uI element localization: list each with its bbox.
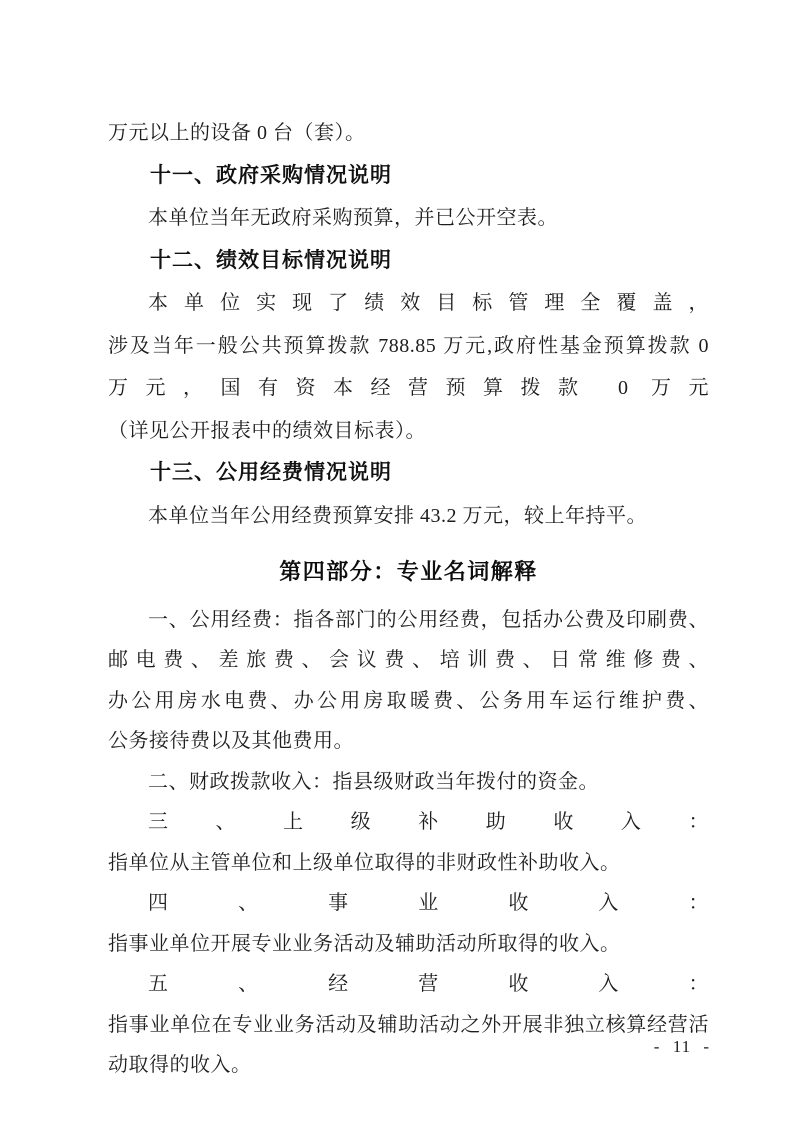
- glossary-item-public-funds: 一、公用经费：指各部门的公用经费，包括办公费及印刷费、邮电费、差旅费、会议费、培…: [108, 600, 709, 762]
- paragraph-performance-targets: 本单位实现了绩效目标管理全覆盖，涉及当年一般公共预算拨款 788.85 万元,政…: [108, 282, 709, 452]
- glossary-item-operating-income: 五、经营收入：指事业单位在专业业务活动及辅助活动之外开展非独立核算经营活动取得的…: [108, 964, 709, 1086]
- paragraph-equipment-continuation: 万元以上的设备 0 台（套）。: [108, 112, 709, 155]
- paragraph-public-funds: 本单位当年公用经费预算安排 43.2 万元，较上年持平。: [108, 495, 709, 538]
- glossary-item-fiscal-appropriation-income: 二、财政拨款收入：指县级财政当年拨付的资金。: [108, 762, 709, 803]
- page-number: - 11 -: [654, 1036, 710, 1058]
- document-page: 万元以上的设备 0 台（套）。 十一、政府采购情况说明 本单位当年无政府采购预算…: [0, 0, 793, 1122]
- heading-section-thirteen-public-funds: 十三、公用经费情况说明: [108, 452, 709, 495]
- glossary-item-institutional-income: 四、事业收入：指事业单位开展专业业务活动及辅助活动所取得的收入。: [108, 883, 709, 964]
- heading-section-twelve-performance-targets: 十二、绩效目标情况说明: [108, 240, 709, 283]
- glossary-item-superior-subsidy-income: 三、上级补助收入：指单位从主管单位和上级单位取得的非财政性补助收入。: [108, 802, 709, 883]
- paragraph-gov-procurement: 本单位当年无政府采购预算，并已公开空表。: [108, 197, 709, 240]
- section-title-part-four-glossary: 第四部分：专业名词解释: [108, 551, 709, 594]
- page-content: 万元以上的设备 0 台（套）。 十一、政府采购情况说明 本单位当年无政府采购预算…: [108, 112, 709, 1086]
- heading-section-eleven-gov-procurement: 十一、政府采购情况说明: [108, 155, 709, 198]
